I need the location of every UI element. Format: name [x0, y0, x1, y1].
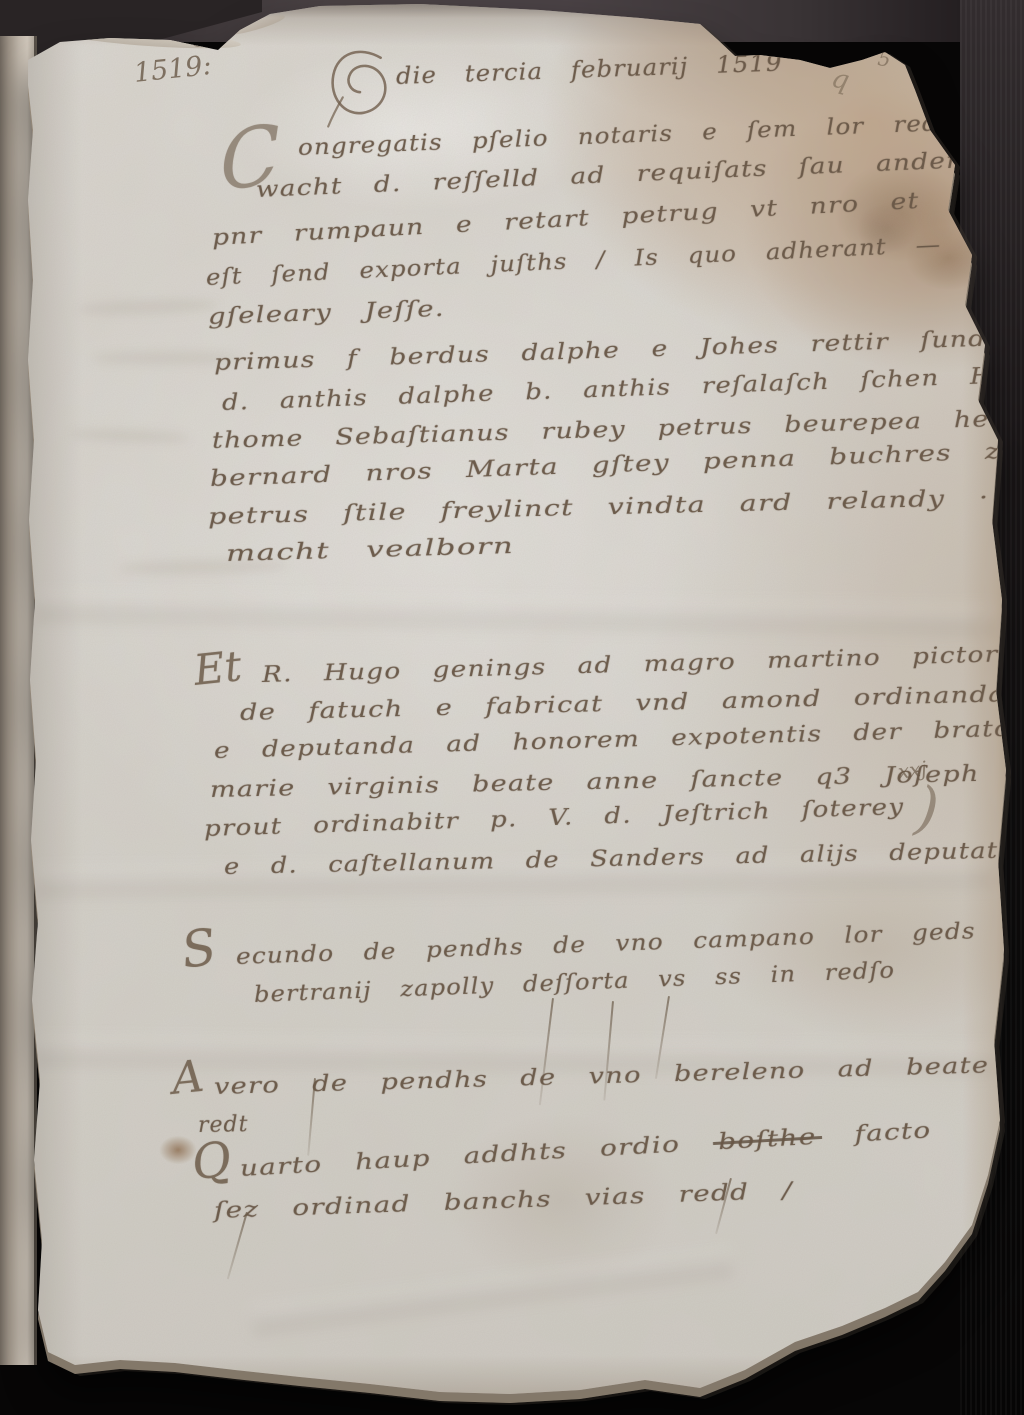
page-wrap: 3 1519: 5 q die tercia februarij 1519 · …	[0, 0, 1024, 1415]
paragraph-initial: A	[170, 1055, 206, 1102]
manuscript-page: 3 1519: 5 q die tercia februarij 1519 · …	[0, 0, 1024, 1415]
initial-flourish-icon	[320, 44, 400, 130]
paragraph-initial: Et	[192, 645, 244, 692]
line-segment: facto	[854, 1118, 932, 1147]
paragraph-initial: Q	[189, 1135, 235, 1188]
margin-year: 1519:	[133, 52, 213, 87]
manuscript-photo: 3 1519: 5 q die tercia februarij 1519 · …	[0, 0, 1024, 1415]
paragraph-initial: S	[179, 921, 220, 975]
